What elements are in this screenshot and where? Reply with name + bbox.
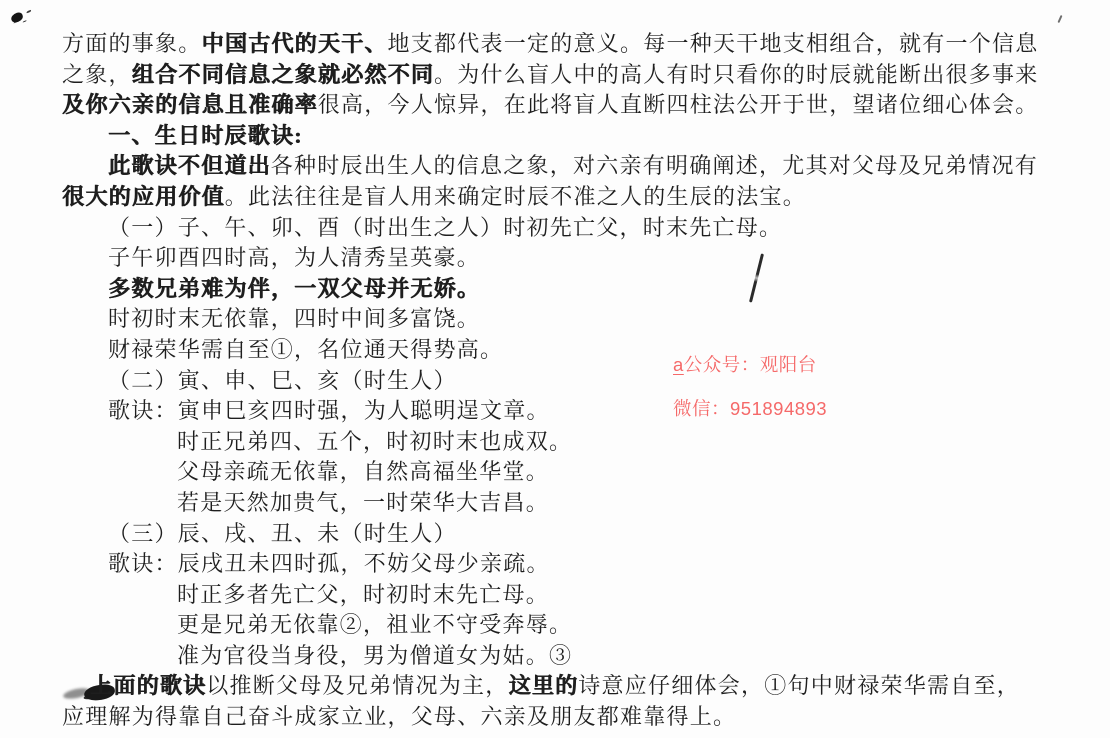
watermark-line-2: 微信：951894893 (673, 395, 827, 421)
text-run: 各种时辰出生人的信息之象，对六亲有明确阐述，尤其对父母及兄弟情况有 (271, 153, 1038, 178)
text-run: 更是兄弟无依靠②，祖业不守受奔辱。 (177, 612, 572, 637)
watermark-prefix: a (673, 354, 684, 375)
text-line: （一）子、午、卯、酉（时出生之人）时初先亡父，时末先亡母。 (62, 213, 1039, 244)
text-line: 时初时末无依靠，四时中间多富饶。 (62, 304, 1039, 335)
text-line: 歌诀：辰戌丑未四时孤，不妨父母少亲疏。 (62, 549, 1039, 580)
text-line: 此歌诀不但道出各种时辰出生人的信息之象，对六亲有明确阐述，尤其对父母及兄弟情况有 (62, 151, 1039, 182)
text-run: （二）寅、申、巳、亥（时生人） (108, 368, 457, 393)
text-run: 子午卯酉四时高，为人清秀呈英豪。 (108, 245, 480, 270)
text-run: 应理解为得靠自己奋斗成家立业，父母、六亲及朋友都难靠得上。 (62, 704, 736, 729)
text-line: 财禄荣华需自至①，名位通天得势高。 (62, 335, 1039, 366)
text-run: 以推断父母及兄弟情况为主， (206, 673, 508, 698)
document-lines: 方面的事象。中国古代的天干、地支都代表一定的意义。每一种天干地支相组合，就有一个… (62, 29, 1039, 733)
text-run: 此歌诀不但道出 (108, 153, 271, 178)
watermark-account-label: 公众号：观阳台 (684, 354, 817, 375)
text-run: 这里的 (509, 673, 579, 698)
text-run: 地支都代表一定的意义。每一种天干地支相组合，就有一个信息 (388, 31, 1039, 56)
watermark-line-1: a公众号：观阳台 (673, 351, 817, 377)
ink-speck (10, 11, 24, 23)
text-line: 应理解为得靠自己奋斗成家立业，父母、六亲及朋友都难靠得上。 (62, 702, 1039, 733)
text-run: 方面的事象。 (62, 31, 202, 56)
text-run: 很大的应用价值 (62, 184, 225, 209)
text-run: 歌诀：寅申巳亥四时强，为人聪明逞文章。 (108, 398, 550, 423)
scanned-page: 方面的事象。中国古代的天干、地支都代表一定的意义。每一种天干地支相组合，就有一个… (0, 0, 1110, 738)
text-run: 时正多者先亡父，时初时末先亡母。 (177, 582, 549, 607)
text-line: 很大的应用价值。此法往往是盲人用来确定时辰不准之人的生辰的法宝。 (62, 182, 1039, 213)
text-run: 很高，今人惊异，在此将盲人直断四柱法公开于世，望诸位细心体会。 (318, 92, 1039, 117)
text-line: 准为官役当身役，男为僧道女为姑。③ (62, 641, 1039, 672)
text-run: 父母亲疏无依靠，自然高福坐华堂。 (177, 459, 549, 484)
text-line: 若是天然加贵气，一时荣华大吉昌。 (62, 488, 1039, 519)
text-run: 上面的歌诀 (90, 673, 206, 698)
text-run: 一、生日时辰歌诀: (108, 123, 303, 148)
text-run: 中国古代的天干、 (202, 31, 388, 56)
text-run: 时正兄弟四、五个，时初时末也成双。 (177, 429, 572, 454)
text-run: （三）辰、戌、丑、未（时生人） (108, 521, 457, 546)
text-run: 及你六亲的信息且准确率 (62, 92, 318, 117)
text-line: 子午卯酉四时高，为人清秀呈英豪。 (62, 243, 1039, 274)
text-run: 。此法往往是盲人用来确定时辰不准之人的生辰的法宝。 (225, 184, 806, 209)
text-line: （三）辰、戌、丑、未（时生人） (62, 519, 1039, 550)
text-line: 时正兄弟四、五个，时初时末也成双。 (62, 427, 1039, 458)
text-line: 父母亲疏无依靠，自然高福坐华堂。 (62, 457, 1039, 488)
text-line: 上面的歌诀以推断父母及兄弟情况为主，这里的诗意应仔细体会，①句中财禄荣华需自至， (62, 671, 1039, 702)
text-run: 财禄荣华需自至①，名位通天得势高。 (108, 337, 503, 362)
text-line: 及你六亲的信息且准确率很高，今人惊异，在此将盲人直断四柱法公开于世，望诸位细心体… (62, 90, 1039, 121)
text-run: 若是天然加贵气，一时荣华大吉昌。 (177, 490, 549, 515)
text-run: （一）子、午、卯、酉（时出生之人）时初先亡父，时末先亡母。 (108, 215, 782, 240)
text-line: 一、生日时辰歌诀: (62, 121, 1039, 152)
text-line: 时正多者先亡父，时初时末先亡母。 (62, 580, 1039, 611)
text-run: 之象， (62, 62, 132, 87)
text-line: 方面的事象。中国古代的天干、地支都代表一定的意义。每一种天干地支相组合，就有一个… (62, 29, 1039, 60)
text-run: 准为官役当身役，男为僧道女为姑。③ (177, 643, 572, 668)
text-run: 组合不同信息之象就必然不同 (132, 62, 434, 87)
text-run: 时初时末无依靠，四时中间多富饶。 (108, 306, 480, 331)
text-run: 歌诀：辰戌丑未四时孤，不妨父母少亲疏。 (108, 551, 550, 576)
text-line: 多数兄弟难为伴，一双父母并无娇。 (62, 274, 1039, 305)
text-run: 诗意应仔细体会，①句中财禄荣华需自至， (578, 673, 1020, 698)
text-line: 歌诀：寅申巳亥四时强，为人聪明逞文章。 (62, 396, 1039, 427)
pen-tick-mark (1057, 15, 1062, 23)
text-line: （二）寅、申、巳、亥（时生人） (62, 366, 1039, 397)
text-line: 之象，组合不同信息之象就必然不同。为什么盲人中的高人有时只看你的时辰就能断出很多… (62, 60, 1039, 91)
text-line: 更是兄弟无依靠②，祖业不守受奔辱。 (62, 610, 1039, 641)
text-run: 多数兄弟难为伴，一双父母并无娇。 (108, 276, 480, 301)
text-run: 。为什么盲人中的高人有时只看你的时辰就能断出很多事来 (434, 62, 1039, 87)
watermark-wechat-label: 微信：951894893 (673, 398, 827, 419)
